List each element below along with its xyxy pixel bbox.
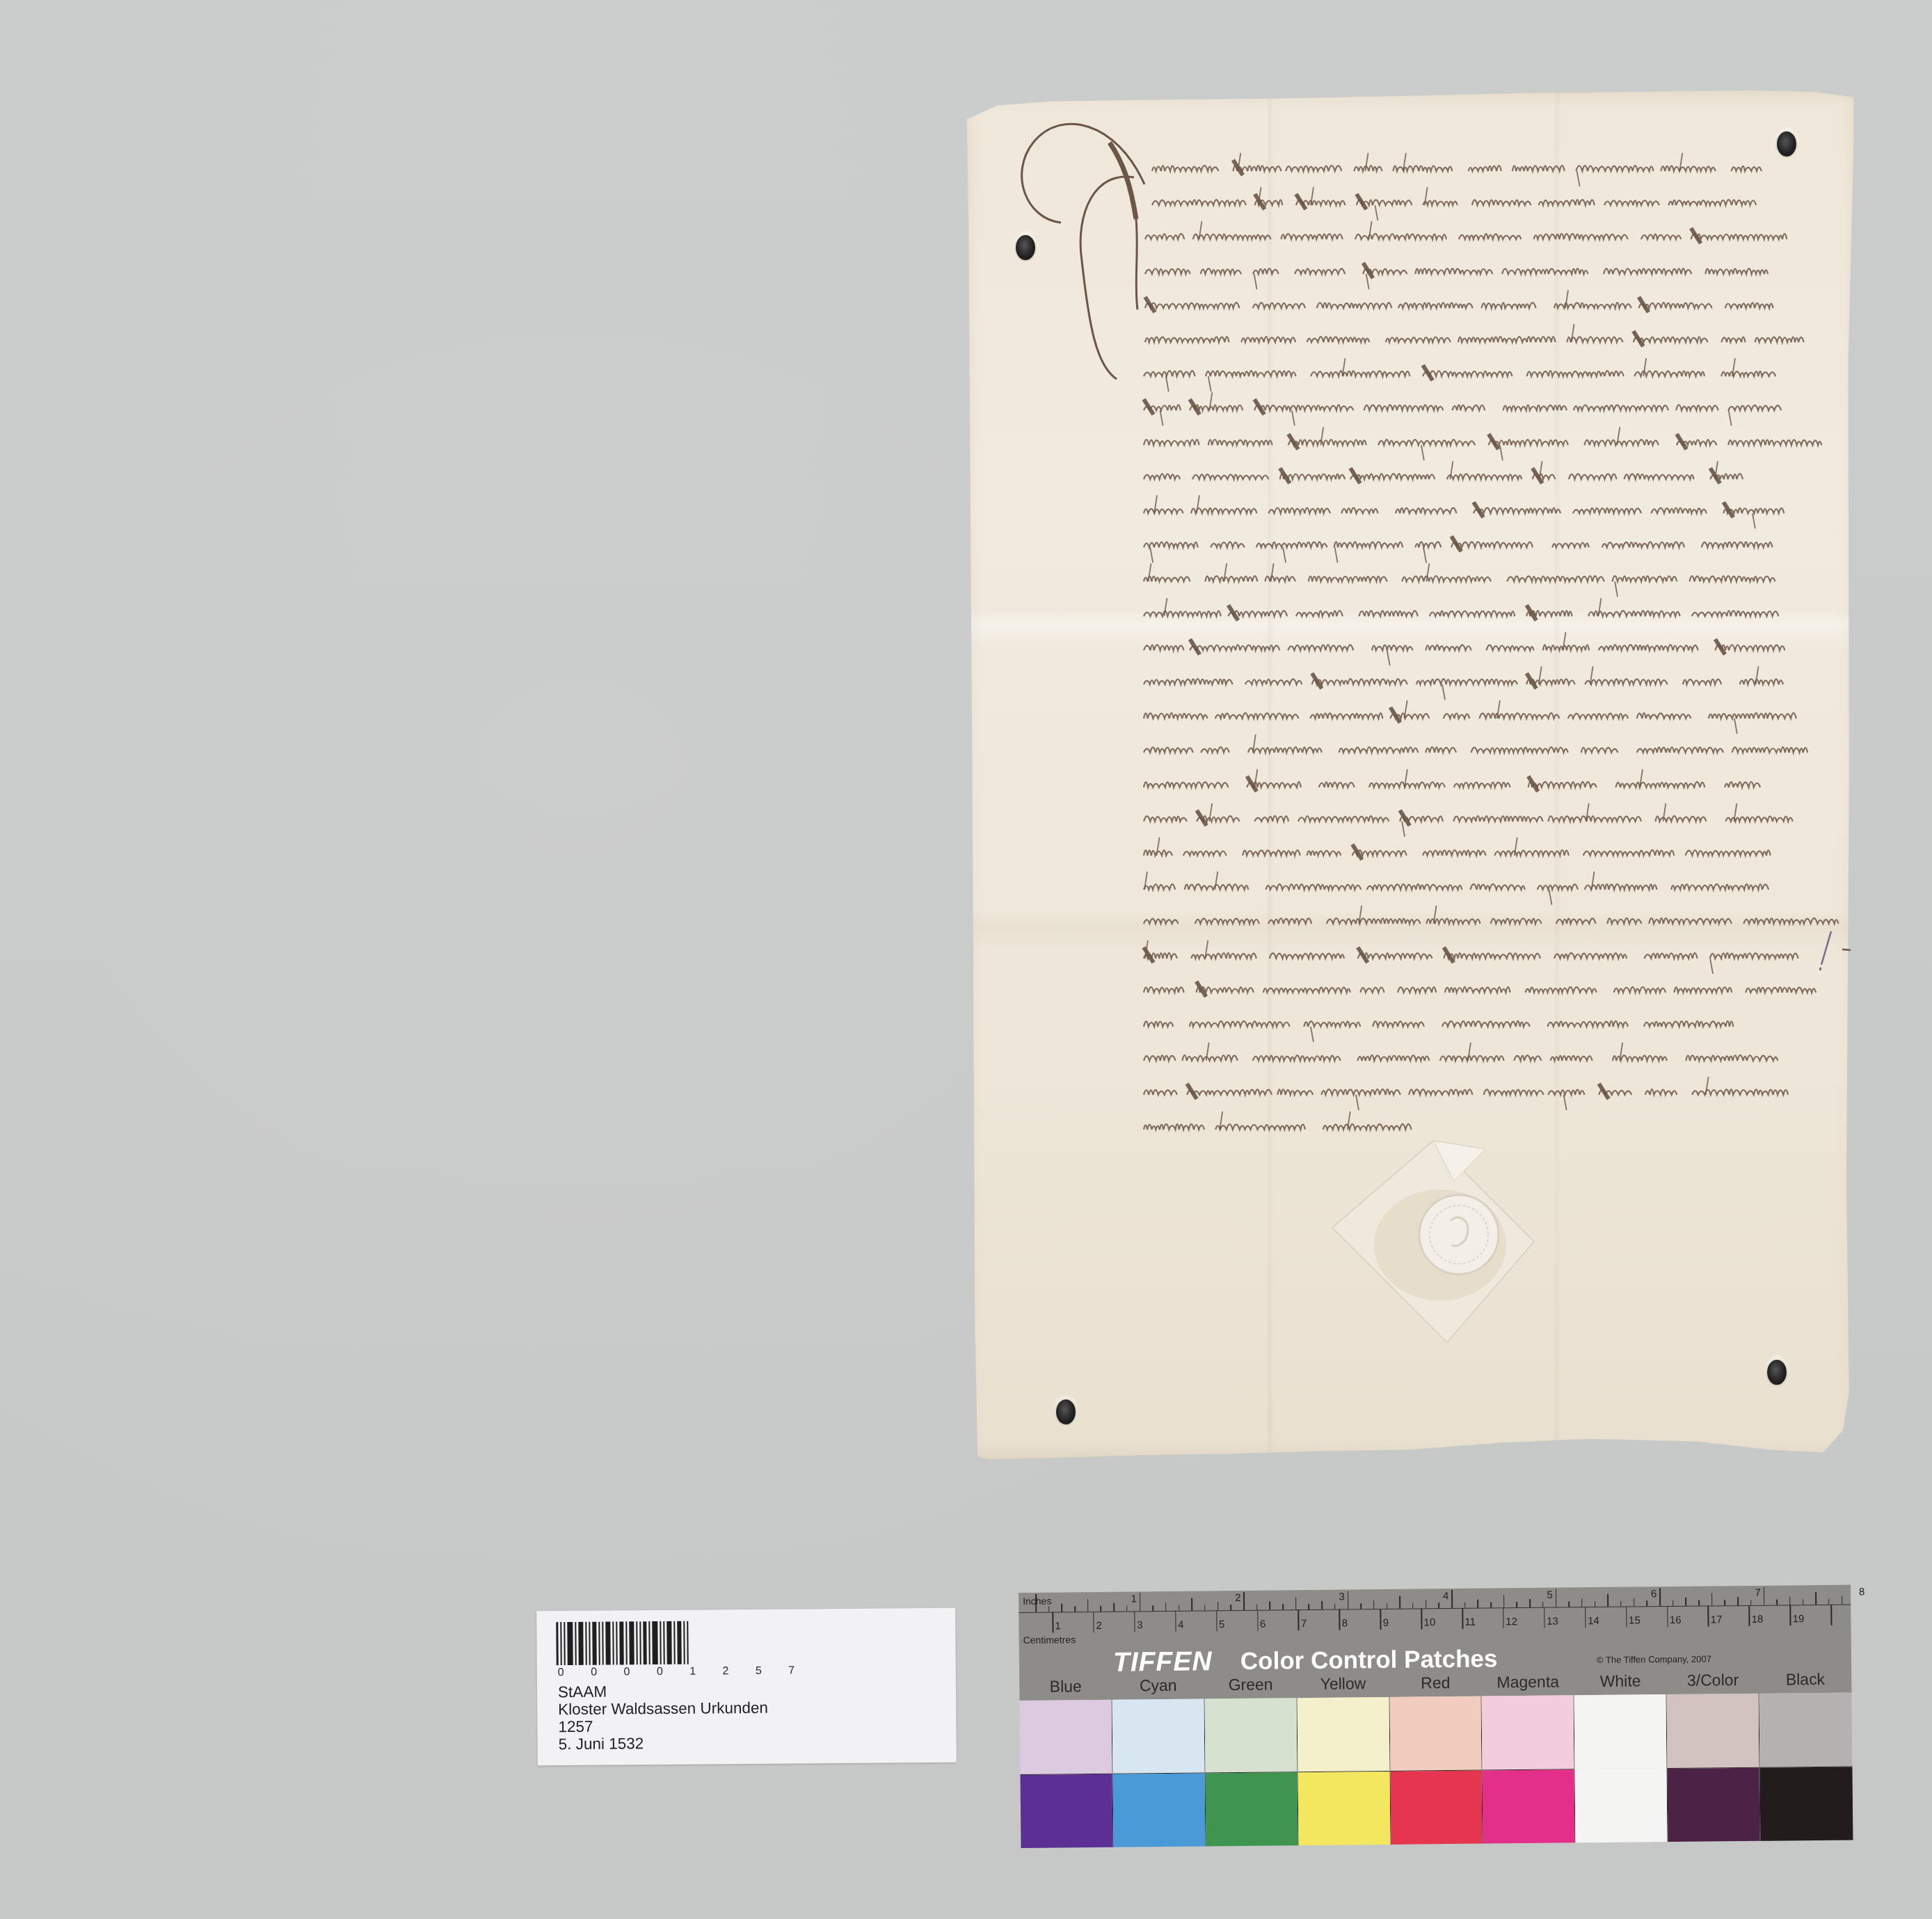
cm-tick xyxy=(1503,1607,1504,1628)
cm-tick xyxy=(1093,1612,1094,1632)
patch-column-magenta xyxy=(1482,1695,1576,1843)
inch-tick xyxy=(1828,1599,1830,1605)
inch-tick xyxy=(1074,1606,1076,1612)
inch-tick xyxy=(1048,1607,1050,1612)
inch-tick-label: 4 xyxy=(1443,1590,1449,1602)
cm-tick xyxy=(1380,1609,1381,1630)
cm-tick-label: 8 xyxy=(1342,1617,1348,1629)
cm-tick xyxy=(1216,1610,1218,1631)
cm-tick-label: 9 xyxy=(1383,1617,1389,1629)
inch-tick xyxy=(1334,1604,1336,1609)
script-line xyxy=(1147,492,1787,524)
paper-seal xyxy=(1332,1141,1583,1349)
inch-tick xyxy=(1776,1600,1778,1605)
script-line xyxy=(1147,321,1787,353)
cm-tick-label: 13 xyxy=(1547,1616,1558,1628)
patch-light xyxy=(1482,1695,1574,1770)
inch-tick-label: 5 xyxy=(1547,1589,1553,1601)
patch-column-3-color xyxy=(1667,1694,1761,1842)
inch-tick xyxy=(1815,1592,1817,1605)
cm-tick-label: 6 xyxy=(1260,1619,1266,1630)
script-line xyxy=(1147,424,1787,456)
patch-saturated xyxy=(1298,1771,1390,1845)
inch-tick xyxy=(1230,1605,1231,1610)
inch-tick xyxy=(1165,1603,1167,1611)
chart-header: Inches 12345678 123456789101112131415161… xyxy=(1019,1585,1851,1701)
inch-tick-label: 7 xyxy=(1755,1587,1761,1599)
inch-tick xyxy=(1529,1599,1531,1607)
script-line xyxy=(1147,629,1787,661)
script-line xyxy=(1147,766,1787,798)
inch-tick xyxy=(1295,1597,1297,1609)
patch-label-red: Red xyxy=(1389,1673,1482,1693)
inch-tick xyxy=(1503,1595,1505,1607)
script-line xyxy=(1147,1040,1787,1072)
inch-tick-label: 8 xyxy=(1859,1586,1865,1598)
label-date: 5. Juni 1532 xyxy=(559,1734,769,1753)
patch-column-green xyxy=(1204,1698,1298,1846)
inch-tick xyxy=(1620,1601,1622,1607)
cm-tick xyxy=(1667,1606,1668,1627)
inch-tick-label: 6 xyxy=(1651,1588,1657,1600)
inch-tick xyxy=(1672,1600,1674,1606)
patch-saturated xyxy=(1112,1773,1205,1847)
cm-tick-label: 11 xyxy=(1464,1616,1476,1628)
patch-saturated xyxy=(1205,1772,1298,1847)
inch-tick xyxy=(1387,1603,1388,1609)
inch-tick xyxy=(1517,1602,1518,1607)
inch-tick xyxy=(1737,1597,1739,1605)
inch-tick xyxy=(1412,1603,1414,1609)
script-line xyxy=(1147,218,1787,250)
script-line xyxy=(1147,595,1787,627)
label-item-number: 1257 xyxy=(558,1717,768,1735)
cm-tick xyxy=(1134,1611,1135,1632)
patch-label-magenta: Magenta xyxy=(1482,1672,1574,1692)
label-collection: Kloster Waldsassen Urkunden xyxy=(558,1699,768,1718)
patch-light xyxy=(1204,1698,1297,1773)
inch-tick xyxy=(1282,1604,1284,1609)
script-line xyxy=(1147,801,1787,833)
patch-light xyxy=(1574,1694,1667,1769)
inch-tick xyxy=(1477,1600,1478,1608)
cm-tick-label: 4 xyxy=(1178,1619,1184,1631)
inch-tick xyxy=(1789,1596,1791,1605)
inch-tick xyxy=(1426,1600,1427,1608)
cm-tick xyxy=(1789,1605,1791,1625)
patch-saturated xyxy=(1668,1767,1760,1842)
cm-tick xyxy=(1257,1610,1259,1631)
patch-label-3-color: 3/Color xyxy=(1666,1671,1759,1690)
cm-tick xyxy=(1462,1608,1463,1629)
cm-tick-label: 19 xyxy=(1793,1613,1805,1625)
script-line xyxy=(1147,1006,1787,1038)
script-line xyxy=(1147,664,1787,696)
inch-tick xyxy=(1321,1601,1323,1609)
patch-saturated xyxy=(1760,1767,1853,1841)
inch-tick xyxy=(1763,1587,1764,1605)
tiffen-logo: TIFFEN xyxy=(1113,1646,1213,1678)
patch-label-black: Black xyxy=(1759,1670,1851,1689)
patch-label-yellow: Yellow xyxy=(1297,1674,1389,1694)
script-line xyxy=(1147,1074,1787,1106)
inch-tick xyxy=(1725,1600,1726,1605)
inch-tick xyxy=(1204,1605,1206,1610)
patch-column-blue xyxy=(1019,1700,1113,1848)
script-line xyxy=(1147,972,1787,1004)
patch-label-green: Green xyxy=(1204,1675,1297,1694)
label-text: StAAM Kloster Waldsassen Urkunden 1257 5… xyxy=(558,1682,769,1753)
inch-tick xyxy=(1062,1603,1063,1612)
cm-tick-label: 5 xyxy=(1219,1619,1225,1630)
chart-title: Color Control Patches xyxy=(1240,1645,1498,1676)
inch-tick xyxy=(1568,1601,1570,1607)
mount-hole-bottom-right xyxy=(1767,1360,1787,1385)
patch-column-black xyxy=(1759,1693,1853,1841)
script-line xyxy=(1147,869,1787,901)
inch-tick xyxy=(1451,1590,1453,1608)
inch-tick xyxy=(1140,1593,1141,1611)
inch-tick xyxy=(1595,1601,1596,1607)
margin-exclamation-mark xyxy=(1816,929,1858,977)
patch-light xyxy=(1389,1696,1482,1772)
inch-tick xyxy=(1179,1605,1180,1611)
patch-column-white xyxy=(1574,1694,1668,1842)
barcode-number: 0 0 0 0 1 2 5 7 xyxy=(558,1664,806,1679)
patch-column-cyan xyxy=(1112,1699,1206,1847)
inches-label: Inches xyxy=(1023,1596,1051,1607)
patch-column-yellow xyxy=(1297,1697,1391,1845)
inch-tick xyxy=(1698,1600,1700,1606)
inch-tick xyxy=(1399,1596,1400,1609)
script-line xyxy=(1147,903,1787,935)
cm-tick xyxy=(1175,1611,1176,1632)
cm-tick xyxy=(1339,1609,1341,1630)
cm-tick-label: 7 xyxy=(1301,1618,1307,1630)
patch-saturated xyxy=(1483,1769,1575,1844)
cm-tick xyxy=(1544,1607,1545,1628)
patch-light xyxy=(1019,1700,1112,1775)
inch-tick xyxy=(1842,1596,1843,1605)
centimetres-label: Centimetres xyxy=(1023,1634,1076,1646)
script-line xyxy=(1147,732,1787,764)
cm-tick xyxy=(1708,1605,1709,1626)
patch-light xyxy=(1112,1699,1204,1774)
inch-tick xyxy=(1347,1591,1348,1609)
inch-tick xyxy=(1113,1603,1115,1612)
cm-tick-label: 3 xyxy=(1137,1619,1143,1631)
inch-tick xyxy=(1309,1604,1310,1609)
patch-label-blue: Blue xyxy=(1019,1677,1112,1696)
barcode xyxy=(556,1620,690,1666)
chart-copyright: © The Tiffen Company, 2007 xyxy=(1597,1653,1711,1665)
cm-tick xyxy=(1421,1608,1422,1629)
inch-tick-label: 2 xyxy=(1235,1592,1241,1604)
inch-tick xyxy=(1464,1603,1466,1608)
patch-label-white: White xyxy=(1574,1671,1667,1691)
inch-tick xyxy=(1607,1594,1608,1607)
inch-tick xyxy=(1555,1589,1556,1607)
patch-saturated xyxy=(1390,1770,1483,1845)
script-line xyxy=(1147,150,1787,182)
inch-tick xyxy=(1243,1592,1245,1610)
inch-tick xyxy=(1191,1598,1192,1611)
cm-tick-label: 10 xyxy=(1423,1616,1435,1628)
patch-label-cyan: Cyan xyxy=(1112,1676,1204,1695)
inch-tick xyxy=(1218,1602,1219,1610)
cm-tick-label: 1 xyxy=(1055,1620,1061,1632)
patch-column-red xyxy=(1389,1696,1483,1845)
inch-tick xyxy=(1256,1605,1258,1610)
label-archive-abbrev: StAAM xyxy=(558,1682,768,1701)
patch-light xyxy=(1759,1693,1853,1768)
archive-label: 0 0 0 0 1 2 5 7 StAAM Kloster Waldsassen… xyxy=(536,1608,957,1766)
script-line xyxy=(1147,253,1787,285)
inch-tick xyxy=(1646,1600,1647,1606)
cm-tick xyxy=(1298,1609,1300,1630)
cm-tick-label: 12 xyxy=(1506,1616,1517,1628)
inch-tick xyxy=(1659,1588,1661,1606)
cm-tick xyxy=(1626,1607,1627,1628)
inch-tick xyxy=(1685,1598,1686,1606)
cm-tick xyxy=(1749,1605,1750,1626)
patch-light xyxy=(1297,1697,1389,1772)
script-line xyxy=(1147,698,1787,730)
script-line xyxy=(1147,527,1787,559)
script-line xyxy=(1147,938,1787,970)
script-line xyxy=(1147,835,1787,867)
script-line xyxy=(1147,458,1787,490)
script-line xyxy=(1147,561,1787,593)
cm-tick-label: 15 xyxy=(1629,1614,1640,1626)
inch-tick xyxy=(1803,1599,1804,1605)
cm-tick-label: 2 xyxy=(1096,1620,1102,1632)
patch-saturated xyxy=(1021,1774,1113,1848)
inch-tick xyxy=(1373,1600,1375,1609)
inch-tick xyxy=(1126,1605,1128,1611)
inch-tick xyxy=(1490,1602,1492,1607)
cm-tick-label: 17 xyxy=(1711,1614,1723,1625)
script-line xyxy=(1147,355,1787,387)
mount-hole-bottom-left xyxy=(1056,1399,1076,1424)
cm-tick-label: 18 xyxy=(1752,1614,1764,1625)
inch-tick xyxy=(1750,1600,1752,1605)
cm-tick-label: 14 xyxy=(1588,1615,1599,1627)
cm-tick xyxy=(1052,1612,1053,1633)
script-line xyxy=(1147,390,1787,421)
color-patches xyxy=(1019,1693,1853,1848)
script-line xyxy=(1147,1109,1787,1141)
inch-tick xyxy=(1438,1603,1439,1608)
script-line xyxy=(1147,287,1787,319)
patch-saturated xyxy=(1575,1768,1668,1842)
inch-tick-label: 3 xyxy=(1339,1591,1345,1603)
inch-tick xyxy=(1360,1603,1362,1609)
inch-tick xyxy=(1711,1593,1713,1605)
cm-tick xyxy=(1585,1607,1586,1628)
inch-tick xyxy=(1634,1598,1635,1607)
inch-tick xyxy=(1542,1602,1544,1607)
inch-tick xyxy=(1035,1594,1037,1612)
script-line xyxy=(1147,184,1787,216)
inch-tick xyxy=(1101,1606,1102,1612)
inch-tick-label: 1 xyxy=(1131,1593,1137,1605)
patch-light xyxy=(1667,1694,1759,1769)
color-control-chart: Inches 12345678 123456789101112131415161… xyxy=(1019,1584,1855,1850)
cm-tick-label: 16 xyxy=(1670,1614,1682,1626)
inch-tick xyxy=(1087,1599,1089,1612)
inch-tick xyxy=(1270,1602,1271,1610)
inch-tick xyxy=(1581,1598,1583,1607)
inch-tick xyxy=(1152,1605,1153,1611)
